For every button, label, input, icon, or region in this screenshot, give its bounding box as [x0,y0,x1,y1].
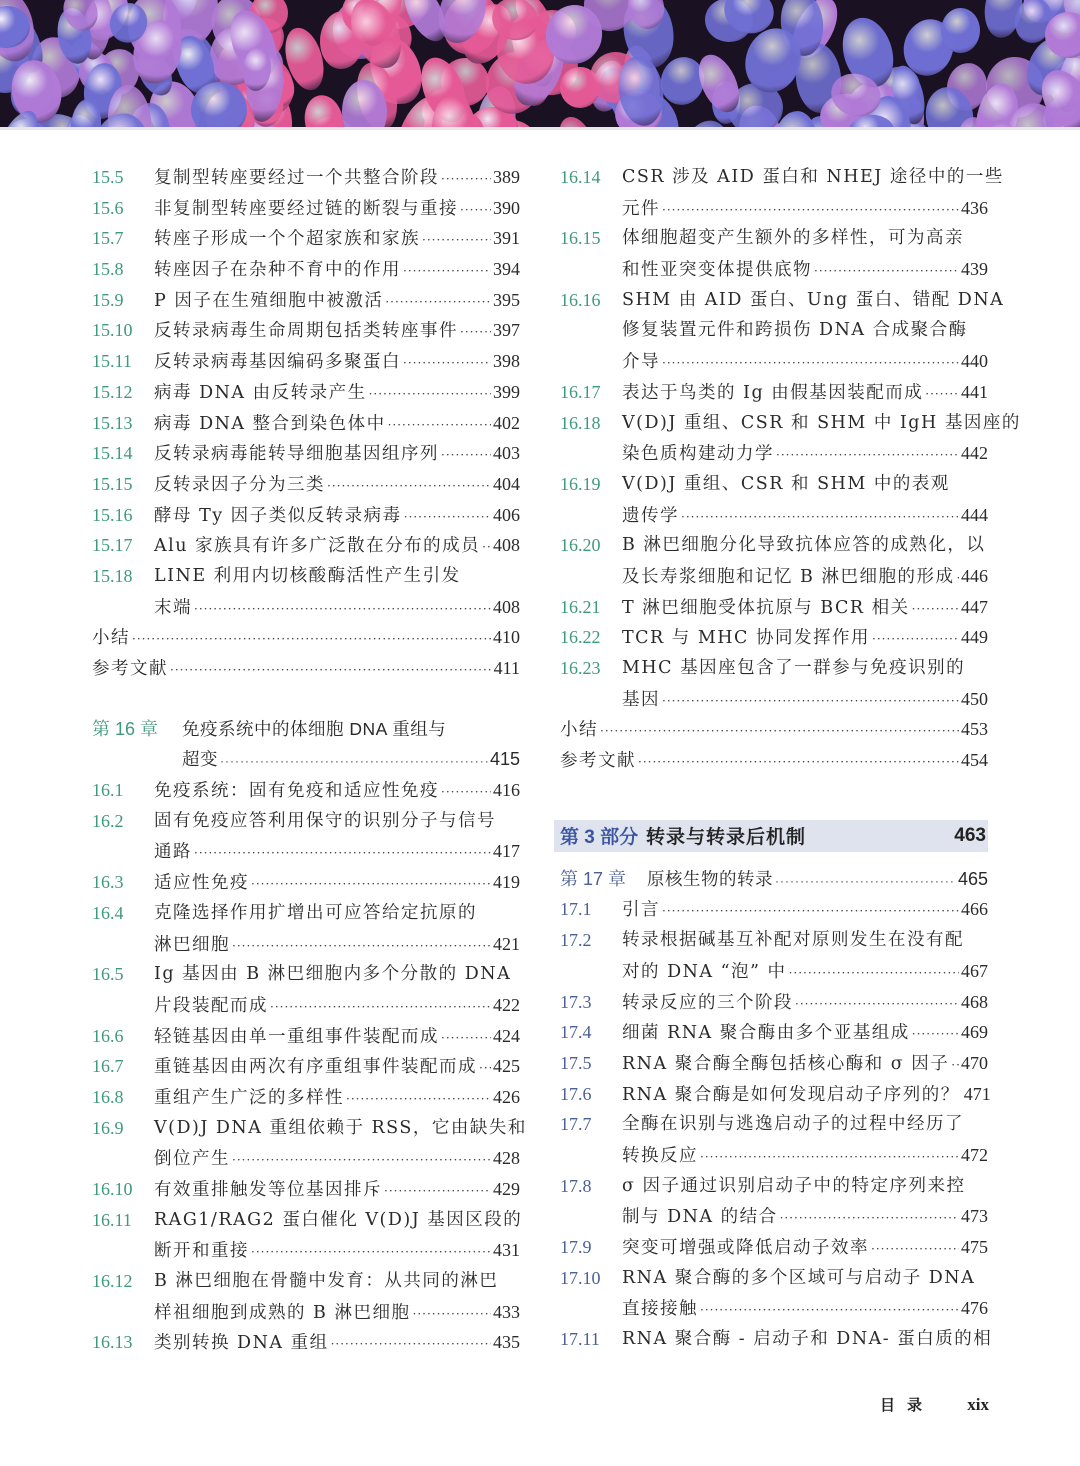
page-number: 425 [493,1051,520,1082]
section-title: 及长寿浆细胞和记忆 B 淋巴细胞的形成 [622,562,954,593]
toc-section-entry[interactable]: 17.2转录根据碱基互补配对原则发生在没有配 [560,925,988,956]
section-title: V(D)J 重组、CSR 和 SHM 中 IgH 基因座的 [622,408,1021,439]
toc-section-entry[interactable]: 15.5复制型转座要经过一个共整合阶段389 [92,162,520,193]
toc-section-entry[interactable]: 15.11反转录病毒基因编码多聚蛋白398 [92,346,520,377]
page-number: 404 [493,469,520,500]
toc-section-entry[interactable]: 15.8转座因子在杂种不育中的作用394 [92,254,520,285]
toc-section-entry[interactable]: 通路417 [92,836,520,867]
leader-dots [700,1142,959,1173]
toc-chapter-16-cont[interactable]: 超变415 [92,744,520,775]
toc-section-entry[interactable]: 15.16酵母 Ty 因子类似反转录病毒406 [92,500,520,531]
section-number: 17.1 [560,894,592,925]
leader-dots [441,440,491,471]
toc-section-entry[interactable]: 及长寿浆细胞和记忆 B 淋巴细胞的形成446 [560,561,988,592]
section-number: 15.8 [92,254,124,285]
toc-chapter-16[interactable]: 第 16 章 免疫系统中的体细胞 DNA 重组与 [92,714,520,745]
page-number: 394 [493,254,520,285]
page-number: 463 [954,825,986,847]
page-number: 442 [961,438,988,469]
toc-section-entry[interactable]: 断开和重接431 [92,1235,520,1266]
section-number: 15.9 [92,285,124,316]
section-title: 细菌 RNA 聚合酶由多个亚基组成 [622,1018,910,1049]
toc-section-entry[interactable]: 16.13类别转换 DNA 重组435 [92,1327,520,1358]
page-number: 428 [493,1143,520,1174]
chapter-title: 免疫系统中的体细胞 DNA 重组与 [182,714,446,745]
section-title: 淋巴细胞 [154,930,230,961]
leader-dots [814,256,959,287]
section-title: 直接接触 [622,1294,698,1325]
leader-dots [369,379,491,410]
toc-section-entry[interactable]: 遗传学444 [560,500,988,531]
leader-dots [662,348,959,379]
leader-dots [441,1023,491,1054]
leader-dots [403,348,491,379]
toc-section-entry[interactable]: 制与 DNA 的结合473 [560,1201,988,1232]
toc-section-entry[interactable]: 对的 DNA “泡” 中467 [560,956,988,987]
toc-section-entry[interactable]: 15.17Alu 家族具有许多广泛散在分布的成员408 [92,530,520,561]
toc-section-entry[interactable]: 17.5RNA 聚合酶全酶包括核心酶和 σ 因子470 [560,1048,988,1079]
toc-section-entry[interactable]: 17.6RNA 聚合酶是如何发现启动子序列的？471 [560,1079,988,1110]
leader-dots [220,746,488,777]
toc-left-column: 15.5复制型转座要经过一个共整合阶段38915.6非复制型转座要经过链的断裂与… [92,162,520,1358]
leader-dots [479,1053,491,1084]
section-number: 15.17 [92,530,133,561]
leader-dots [346,1084,491,1115]
section-number: 16.6 [92,1021,124,1052]
footer-label: 目录 [880,1396,934,1414]
page-number: 435 [493,1327,520,1358]
entry-title: 参考文献 [92,654,168,685]
toc-section-entry[interactable]: 末端408 [92,592,520,623]
section-title: 重组产生广泛的多样性 [154,1083,344,1114]
chapter-title-cont: 超变 [182,744,218,775]
section-title: Ig 基因由 B 淋巴细胞内多个分散的 DNA [154,959,511,990]
section-number: 16.10 [92,1174,133,1205]
spacer [92,684,520,714]
section-title: 和性亚突变体提供底物 [622,255,812,286]
section-number: 15.10 [92,315,133,346]
section-title: T 淋巴细胞受体抗原与 BCR 相关 [622,593,910,624]
leader-dots [331,1329,491,1360]
leader-dots [662,195,959,226]
section-number: 16.15 [560,223,601,254]
leader-dots [789,958,959,989]
leader-dots [251,1237,491,1268]
leader-dots [925,379,959,410]
chapter-title: 原核生物的转录 [647,864,773,895]
toc-section-entry[interactable]: 16.19V(D)J 重组、CSR 和 SHM 中的表观 [560,469,988,500]
section-number: 17.9 [560,1232,592,1263]
section-number: 16.1 [92,775,124,806]
section-number: 15.16 [92,500,133,531]
toc-section-entry[interactable]: 16.4克隆选择作用扩增出可应答给定抗原的 [92,898,520,929]
section-number: 16.7 [92,1051,124,1082]
toc-section-entry[interactable]: 16.11RAG1/RAG2 蛋白催化 V(D)J 基因区段的 [92,1205,520,1236]
page-number: 453 [961,714,988,745]
page-number: 397 [493,315,520,346]
page-number: 411 [494,653,520,684]
section-number: 16.12 [92,1266,133,1297]
leader-dots [681,502,959,533]
page-number: 390 [493,193,520,224]
page-number: 441 [961,377,988,408]
leader-dots [385,287,491,318]
section-number: 17.6 [560,1079,592,1110]
leader-dots [460,195,491,226]
page-number: 433 [493,1297,520,1328]
toc-section-entry[interactable]: 16.6轻链基因由单一重组事件装配而成424 [92,1021,520,1052]
part-3-banner[interactable]: 第 3 部分 转录与转录后机制 463 [554,820,988,852]
toc-section-entry[interactable]: 17.8σ 因子通过识别启动子中的特定序列来控 [560,1171,988,1202]
toc-chapter-17[interactable]: 第 17 章 原核生物的转录465 [560,864,988,895]
footer-page-number: xix [967,1395,989,1414]
toc-section-entry[interactable]: 15.18LINE 利用内切核酸酶活性产生引发 [92,561,520,592]
section-title: 体细胞超变产生额外的多样性，可为高亲 [622,223,964,254]
toc-section-entry[interactable]: 15.12病毒 DNA 由反转录产生399 [92,377,520,408]
section-number: 16.16 [560,285,601,316]
section-number: 15.11 [92,346,132,377]
chapter-label: 第 17 章 [560,864,626,895]
page-number: 439 [961,254,988,285]
section-title: 元件 [622,194,660,225]
section-title: 介导 [622,347,660,378]
section-number: 16.20 [560,530,601,561]
section-number: 15.5 [92,162,124,193]
page-number: 406 [493,500,520,531]
section-title: MHC 基因座包含了一群参与免疫识别的 [622,653,965,684]
leader-dots [388,410,491,441]
section-title: RNA 聚合酶的多个区域可与启动子 DNA [622,1263,975,1294]
section-title: 通路 [154,837,192,868]
section-title: V(D)J DNA 重组依赖于 RSS，它由缺失和 [154,1113,527,1144]
toc-section-entry[interactable]: 样祖细胞到成熟的 B 淋巴细胞433 [92,1297,520,1328]
page-number: 431 [493,1235,520,1266]
toc-section-entry[interactable]: 基因450 [560,684,988,715]
ch16-section-list: 16.1免疫系统：固有免疫和适应性免疫41616.2固有免疫应答利用保守的识别分… [92,775,520,1358]
leader-dots [232,1145,491,1176]
section-title: 倒位产生 [154,1144,230,1175]
toc-section-entry[interactable]: 15.15反转录因子分为三类404 [92,469,520,500]
toc-section-entry[interactable]: 16.18V(D)J 重组、CSR 和 SHM 中 IgH 基因座的 [560,408,988,439]
entry-title: 参考文献 [560,746,636,777]
leader-dots [404,502,491,533]
section-number: 15.6 [92,193,124,224]
toc-entry-references[interactable]: 参考文献411 [92,653,520,684]
section-number: 15.14 [92,438,133,469]
leader-dots [951,1050,959,1081]
section-number: 15.15 [92,469,133,500]
page-number: 402 [493,408,520,439]
page-number: 472 [961,1140,988,1171]
page-number: 403 [493,438,520,469]
toc-section-entry[interactable]: 倒位产生428 [92,1143,520,1174]
section-title: 突变可增强或降低启动子效率 [622,1233,869,1264]
section-number: 16.4 [92,898,124,929]
leader-dots [132,624,491,655]
page-number: 389 [493,162,520,193]
section-title: 重链基因由两次有序重组事件装配而成 [154,1052,477,1083]
ch17-section-list: 17.1引言46617.2转录根据碱基互补配对原则发生在没有配对的 DNA “泡… [560,894,988,1354]
leader-dots [232,931,491,962]
page-number: 471 [964,1079,991,1110]
section-title: 非复制型转座要经过链的断裂与重接 [154,194,458,225]
page-number: 422 [493,990,520,1021]
toc-section-entry[interactable]: 直接接触476 [560,1293,988,1324]
section-number: 17.3 [560,987,592,1018]
page-number: 467 [961,956,988,987]
section-title: V(D)J 重组、CSR 和 SHM 中的表观 [622,469,950,500]
page-number: 454 [961,745,988,776]
leader-dots [912,594,959,625]
cell-blob [553,113,600,127]
toc-section-entry[interactable]: 16.14CSR 涉及 AID 蛋白和 NHEJ 途径中的一些 [560,162,988,193]
toc-section-entry[interactable]: 介导440 [560,346,988,377]
section-title: 转座因子在杂种不育中的作用 [154,255,401,286]
leader-dots [251,869,491,900]
section-title: LINE 利用内切核酸酶活性产生引发 [154,561,461,592]
leader-dots [662,686,959,717]
section-number: 15.18 [92,561,133,592]
leader-dots [795,989,959,1020]
page-number: 446 [961,561,988,592]
toc-section-entry[interactable]: 16.10有效重排触发等位基因排斥429 [92,1174,520,1205]
page-number: 429 [493,1174,520,1205]
section-title: RAG1/RAG2 蛋白催化 V(D)J 基因区段的 [154,1205,522,1236]
section-title: 反转录病毒能转导细胞基因组序列 [154,439,439,470]
section-title: 病毒 DNA 整合到染色体中 [154,409,386,440]
toc-entry-summary[interactable]: 小结410 [92,622,520,653]
toc-section-entry[interactable]: 17.11RNA 聚合酶 - 启动子和 DNA- 蛋白质的相 [560,1324,988,1355]
page-number: 417 [493,836,520,867]
section-number: 16.5 [92,959,124,990]
toc-section-entry[interactable]: 染色质构建动力学442 [560,438,988,469]
section-title: 反转录病毒基因编码多聚蛋白 [154,347,401,378]
page-number: 468 [961,987,988,1018]
section-title: 末端 [154,593,192,624]
section-title: 片段装配而成 [154,991,268,1022]
toc-section-entry[interactable]: 15.13病毒 DNA 整合到染色体中402 [92,408,520,439]
section-title: 断开和重接 [154,1236,249,1267]
section-title: 复制型转座要经过一个共整合阶段 [154,163,439,194]
ch15-section-list: 15.5复制型转座要经过一个共整合阶段38915.6非复制型转座要经过链的断裂与… [92,162,520,622]
section-title: 基因 [622,685,660,716]
section-number: 17.5 [560,1048,592,1079]
toc-section-entry[interactable]: 16.5Ig 基因由 B 淋巴细胞内多个分散的 DNA [92,959,520,990]
toc-section-entry[interactable]: 元件436 [560,193,988,224]
section-title: 样祖细胞到成熟的 B 淋巴细胞 [154,1298,411,1329]
toc-section-entry[interactable]: 15.10反转录病毒生命周期包括类转座事件397 [92,315,520,346]
section-title: 克隆选择作用扩增出可应答给定抗原的 [154,898,477,929]
section-number: 17.7 [560,1109,592,1140]
toc-section-entry[interactable]: 15.7转座子形成一个个超家族和家族391 [92,223,520,254]
section-number: 16.2 [92,806,124,837]
toc-section-entry[interactable]: 16.12B 淋巴细胞在骨髓中发育：从共同的淋巴 [92,1266,520,1297]
toc-section-entry[interactable]: 16.8重组产生广泛的多样性426 [92,1082,520,1113]
section-number: 15.7 [92,223,124,254]
section-number: 16.9 [92,1113,124,1144]
page-number: 424 [493,1021,520,1052]
section-number: 16.23 [560,653,601,684]
section-number: 16.13 [92,1327,133,1358]
section-title: RNA 聚合酶 - 启动子和 DNA- 蛋白质的相 [622,1324,992,1355]
section-title: RNA 聚合酶是如何发现启动子序列的？ [622,1080,960,1111]
leader-dots [441,777,491,808]
section-number: 16.21 [560,592,601,623]
page-number: 470 [961,1048,988,1079]
section-number: 15.12 [92,377,133,408]
leader-dots [600,716,959,747]
leader-dots [872,624,959,655]
ch16-section-list-cont: 16.14CSR 涉及 AID 蛋白和 NHEJ 途径中的一些元件43616.1… [560,162,988,714]
part-label: 第 3 部分 [560,822,646,849]
toc-section-entry[interactable]: 17.3转录反应的三个阶段468 [560,987,988,1018]
toc-section-entry[interactable]: 16.7重链基因由两次有序重组事件装配而成425 [92,1051,520,1082]
section-title: 染色质构建动力学 [622,439,774,470]
toc-section-entry[interactable]: 16.22TCR 与 MHC 协同发挥作用449 [560,622,988,653]
entry-title: 小结 [92,623,130,654]
page-footer: 目录 xix [880,1394,989,1415]
page-number: 440 [961,346,988,377]
page-number: 415 [490,744,520,775]
section-number: 16.11 [92,1205,132,1236]
toc-section-entry[interactable]: 片段装配而成422 [92,990,520,1021]
section-number: 16.19 [560,469,601,500]
leader-dots [460,317,491,348]
toc-section-entry[interactable]: 17.4细菌 RNA 聚合酶由多个亚基组成469 [560,1017,988,1048]
page-number: 475 [961,1232,988,1263]
page-number: 426 [493,1082,520,1113]
toc-right-column: 16.14CSR 涉及 AID 蛋白和 NHEJ 途径中的一些元件43616.1… [560,162,988,1355]
section-title: 固有免疫应答利用保守的识别分子与信号 [154,806,496,837]
section-number: 15.13 [92,408,133,439]
page-number: 391 [493,223,520,254]
page-number: 436 [961,193,988,224]
section-title: 制与 DNA 的结合 [622,1202,778,1233]
section-title: Alu 家族具有许多广泛散在分布的成员 [154,531,480,562]
section-number: 16.17 [560,377,601,408]
page-number: 476 [961,1293,988,1324]
cell-blob [941,8,980,54]
chapter-label: 第 16 章 [92,714,158,745]
section-number: 16.3 [92,867,124,898]
section-number: 17.4 [560,1017,592,1048]
toc-entry-summary[interactable]: 小结453 [560,714,988,745]
section-title: 适应性免疫 [154,868,249,899]
toc-section-entry[interactable]: 16.21T 淋巴细胞受体抗原与 BCR 相关447 [560,592,988,623]
leader-dots [956,563,959,594]
leader-dots [441,164,491,195]
section-title: 转录根据碱基互补配对原则发生在没有配 [622,925,964,956]
toc-section-entry[interactable]: 16.1免疫系统：固有免疫和适应性免疫416 [92,775,520,806]
entry-title: 小结 [560,715,598,746]
page-number: 473 [961,1201,988,1232]
section-title: 反转录因子分为三类 [154,470,325,501]
section-title: 引言 [622,895,660,926]
toc-section-entry[interactable]: 16.3适应性免疫419 [92,867,520,898]
leader-dots [776,440,959,471]
page-number: 408 [493,592,520,623]
leader-dots [775,866,956,897]
leader-dots [384,1176,491,1207]
banner-divider [0,127,1080,130]
toc-section-entry[interactable]: 和性亚突变体提供底物439 [560,254,988,285]
toc-section-entry[interactable]: 16.9V(D)J DNA 重组依赖于 RSS，它由缺失和 [92,1113,520,1144]
toc-section-entry[interactable]: 修复装置元件和跨损伤 DNA 合成聚合酶 [560,315,988,346]
header-micrograph-image [0,0,1080,127]
page-number: 450 [961,684,988,715]
leader-dots [422,225,491,256]
toc-section-entry[interactable]: 16.17表达于鸟类的 Ig 由假基因装配而成441 [560,377,988,408]
page-number: 408 [493,530,520,561]
section-number: 16.14 [560,162,601,193]
page-number: 410 [493,622,520,653]
page-number: 398 [493,346,520,377]
page-number: 465 [958,864,988,895]
leader-dots [638,747,959,778]
section-title: 转换反应 [622,1141,698,1172]
toc-section-entry[interactable]: 17.10RNA 聚合酶的多个区域可与启动子 DNA [560,1263,988,1294]
section-title: 遗传学 [622,501,679,532]
leader-dots [194,594,491,625]
section-title: TCR 与 MHC 协同发挥作用 [622,623,870,654]
section-title: 反转录病毒生命周期包括类转座事件 [154,316,458,347]
section-number: 17.2 [560,925,592,956]
page-number: 449 [961,622,988,653]
toc-section-entry[interactable]: 16.15体细胞超变产生额外的多样性，可为高亲 [560,223,988,254]
toc-section-entry[interactable]: 15.9P 因子在生殖细胞中被激活395 [92,285,520,316]
section-number: 17.11 [560,1324,600,1355]
page-number: 447 [961,592,988,623]
toc-section-entry[interactable]: 15.14反转录病毒能转导细胞基因组序列403 [92,438,520,469]
section-title: B 淋巴细胞在骨髓中发育：从共同的淋巴 [154,1266,498,1297]
section-title: RNA 聚合酶全酶包括核心酶和 σ 因子 [622,1049,949,1080]
page-number: 469 [961,1017,988,1048]
section-title: 有效重排触发等位基因排斥 [154,1175,382,1206]
section-title: σ 因子通过识别启动子中的特定序列来控 [622,1171,966,1202]
section-title: 全酶在识别与逃逸启动子的过程中经历了 [622,1109,964,1140]
toc-entry-references[interactable]: 参考文献454 [560,745,988,776]
section-title: 类别转换 DNA 重组 [154,1328,329,1359]
leader-dots [700,1295,959,1326]
toc-section-entry[interactable]: 15.6非复制型转座要经过链的断裂与重接390 [92,193,520,224]
page-number: 419 [493,867,520,898]
section-title: CSR 涉及 AID 蛋白和 NHEJ 途径中的一些 [622,162,1004,193]
toc-section-entry[interactable]: 转换反应472 [560,1140,988,1171]
section-title: P 因子在生殖细胞中被激活 [154,286,383,317]
page-number: 395 [493,285,520,316]
page-number: 399 [493,377,520,408]
toc-section-entry[interactable]: 17.9突变可增强或降低启动子效率475 [560,1232,988,1263]
leader-dots [327,471,491,502]
section-title: 表达于鸟类的 Ig 由假基因装配而成 [622,378,923,409]
section-title: 对的 DNA “泡” 中 [622,957,787,988]
toc-section-entry[interactable]: 16.23MHC 基因座包含了一群参与免疫识别的 [560,653,988,684]
leader-dots [482,532,491,563]
leader-dots [403,256,491,287]
toc-section-entry[interactable]: 16.20B 淋巴细胞分化导致抗体应答的成熟化，以 [560,530,988,561]
section-title: 修复装置元件和跨损伤 DNA 合成聚合酶 [622,315,968,346]
toc-section-entry[interactable]: 17.7全酶在识别与逃逸启动子的过程中经历了 [560,1109,988,1140]
section-title: SHM 由 AID 蛋白、Ung 蛋白、错配 DNA [622,285,1004,316]
toc-section-entry[interactable]: 17.1引言466 [560,894,988,925]
leader-dots [912,1019,959,1050]
toc-section-entry[interactable]: 淋巴细胞421 [92,929,520,960]
section-title: 轻链基因由单一重组事件装配而成 [154,1022,439,1053]
page-number: 444 [961,500,988,531]
leader-dots [871,1234,959,1265]
toc-section-entry[interactable]: 16.16SHM 由 AID 蛋白、Ung 蛋白、错配 DNA [560,285,988,316]
toc-section-entry[interactable]: 16.2固有免疫应答利用保守的识别分子与信号 [92,806,520,837]
